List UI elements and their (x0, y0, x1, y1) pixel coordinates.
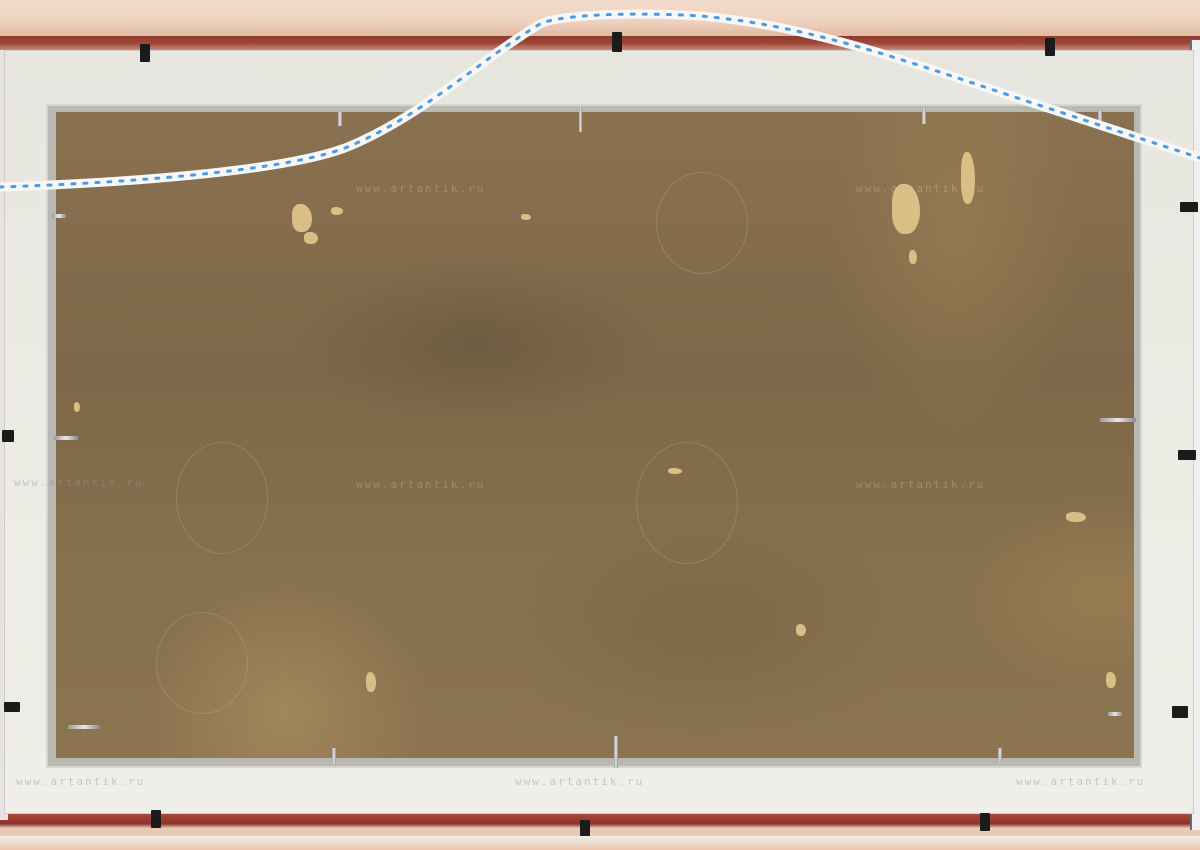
wear-spot (521, 214, 531, 220)
nail (338, 112, 342, 126)
wear-spot (796, 624, 806, 636)
wooden-surface-bottom (0, 836, 1200, 850)
frame-clip (580, 820, 590, 836)
frame-clip (1178, 450, 1196, 460)
wear-spot (292, 204, 312, 232)
nail (1098, 110, 1102, 124)
frame-clip (980, 813, 990, 831)
nail (54, 436, 78, 440)
watermark-text: www.artantik.ru (356, 478, 485, 491)
watermark-text: www.artantik.ru (14, 476, 143, 489)
watermark-text: www.artantik.ru (1016, 775, 1145, 788)
nail (998, 748, 1002, 762)
watermark-text: www.artantik.ru (515, 775, 644, 788)
nail (922, 108, 926, 124)
wear-spot (1066, 512, 1086, 522)
wear-spot (961, 152, 975, 204)
wear-spot (331, 207, 343, 215)
watermark-logo (636, 442, 738, 564)
wear-spot (304, 232, 318, 244)
watermark-text: www.artantik.ru (856, 478, 985, 491)
red-rail-top (0, 36, 1200, 50)
red-rail-bottom (0, 814, 1200, 828)
nail (52, 214, 66, 218)
nail (332, 748, 336, 764)
frame-clip (612, 32, 622, 52)
frame-clip (1180, 202, 1198, 212)
nail (1108, 712, 1122, 716)
nail (68, 725, 100, 729)
frame-clip (4, 702, 20, 712)
frame-clip (2, 430, 14, 442)
wear-spot (1106, 672, 1116, 688)
wear-spot (74, 402, 80, 412)
wear-spot (909, 250, 917, 264)
backing-board: www.artantik.ru www.artantik.ru www.arta… (56, 112, 1134, 758)
watermark-logo (176, 442, 268, 554)
watermark-text: www.artantik.ru (856, 182, 985, 195)
frame-clip (151, 810, 161, 828)
watermark-text: www.artantik.ru (16, 775, 145, 788)
wear-spot (366, 672, 376, 692)
wooden-surface-top (0, 0, 1200, 36)
nail (579, 106, 582, 132)
frame-clip (140, 44, 150, 62)
nail (1100, 418, 1136, 422)
watermark-text: www.artantik.ru (356, 182, 485, 195)
watermark-logo (156, 612, 248, 714)
photo-scene: www.artantik.ru www.artantik.ru www.arta… (0, 0, 1200, 850)
frame-clip (1172, 706, 1188, 718)
frame-clip (1045, 38, 1055, 56)
nail (614, 736, 618, 768)
watermark-logo (656, 172, 748, 274)
